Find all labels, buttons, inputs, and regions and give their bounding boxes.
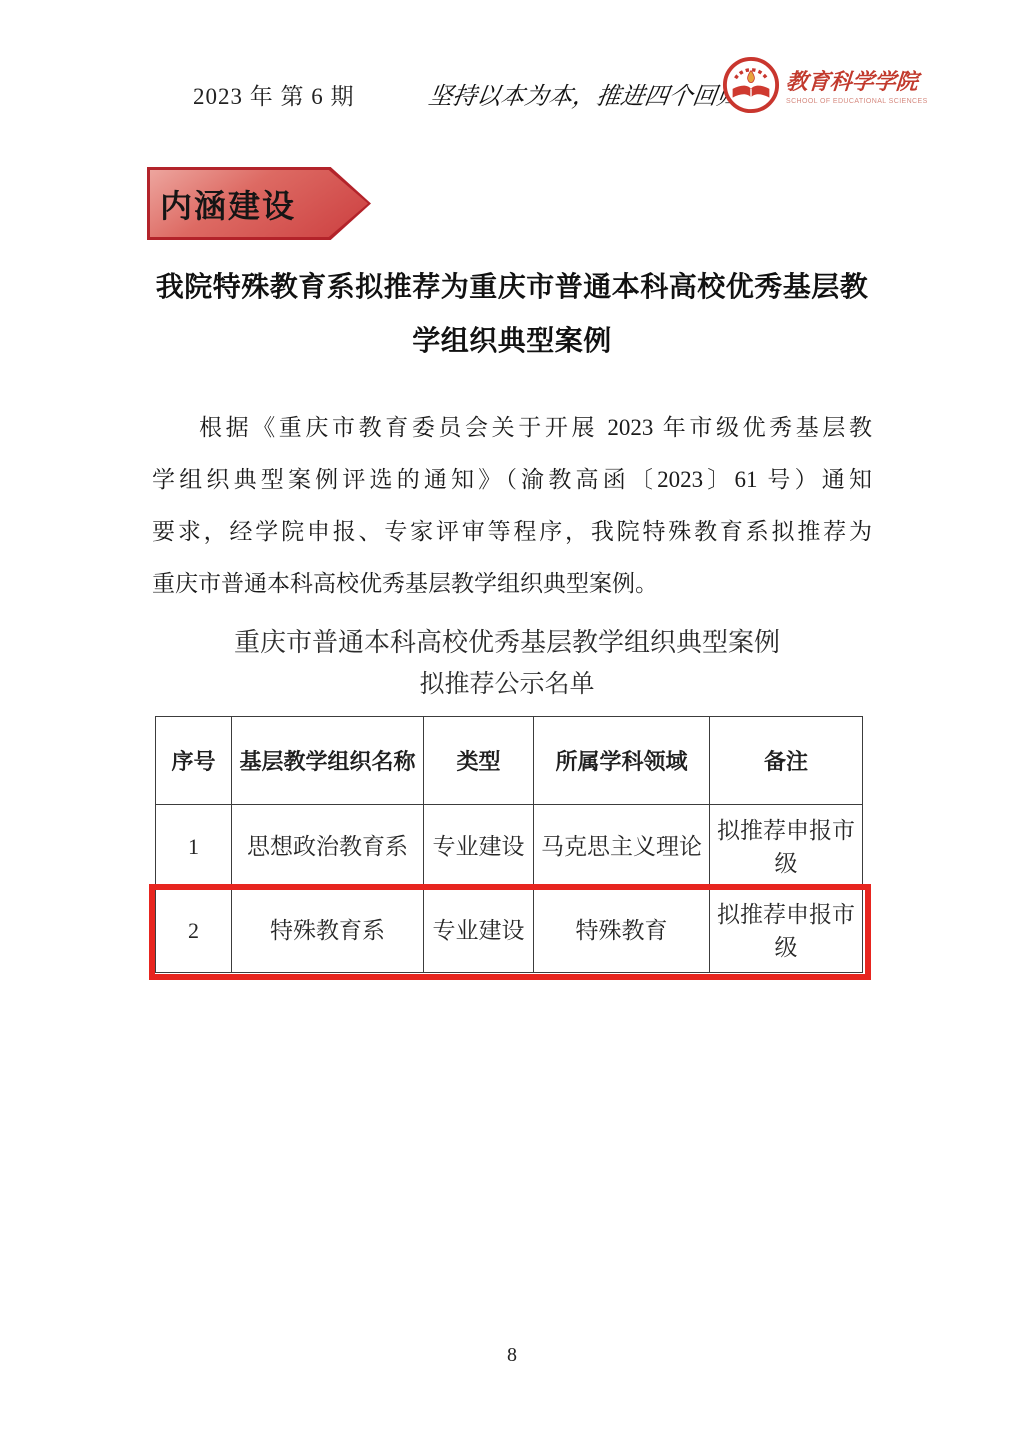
column-header-name: 基层教学组织名称 — [232, 717, 424, 805]
cell-name: 思想政治教育系 — [232, 805, 424, 889]
column-header-no: 序号 — [156, 717, 232, 805]
section-banner-label: 内涵建设 — [150, 181, 296, 227]
cell-field: 马克思主义理论 — [534, 805, 710, 889]
cell-no: 2 — [156, 889, 232, 973]
table-caption-line1: 重庆市普通本科高校优秀基层教学组织典型案例 — [152, 621, 862, 663]
section-banner: 内涵建设 — [147, 167, 371, 240]
cell-type: 专业建设 — [424, 805, 534, 889]
table-row-highlighted: 2 特殊教育系 专业建设 特殊教育 拟推荐申报市级 — [156, 889, 863, 973]
cell-type: 专业建设 — [424, 889, 534, 973]
issue-number: 2023 年 第 6 期 — [193, 78, 355, 111]
document-page: 2023 年 第 6 期 坚持以本为本，推进四个回归 教育科学学院 SCHOOL… — [0, 0, 1024, 1448]
school-emblem-icon — [722, 56, 780, 114]
column-header-remark: 备注 — [710, 717, 863, 805]
cell-remark: 拟推荐申报市级 — [710, 805, 863, 889]
cell-remark: 拟推荐申报市级 — [710, 889, 863, 973]
body-line: 重庆市普通本科高校优秀基层教学组织典型案例。 — [152, 558, 872, 610]
article-body: 根据《重庆市教育委员会关于开展 2023 年市级优秀基层教 学组织典型案例评选的… — [152, 402, 872, 610]
school-name-cn: 教育科学学院 — [785, 65, 929, 96]
table-caption: 重庆市普通本科高校优秀基层教学组织典型案例 拟推荐公示名单 — [152, 621, 862, 705]
cell-no: 1 — [156, 805, 232, 889]
cell-name: 特殊教育系 — [232, 889, 424, 973]
recommendation-table: 序号 基层教学组织名称 类型 所属学科领域 备注 1 思想政治教育系 专业建设 … — [155, 716, 863, 973]
page-number: 8 — [0, 1344, 1024, 1367]
article-title-line2: 学组织典型案例 — [412, 326, 612, 357]
article-title: 我院特殊教育系拟推荐为重庆市普通本科高校优秀基层教 学组织典型案例 — [152, 261, 872, 369]
table-caption-line2: 拟推荐公示名单 — [152, 663, 862, 705]
section-banner-body: 内涵建设 — [150, 170, 368, 237]
header-slogan-text: 坚持以本为本，推进四个回归 — [427, 76, 744, 111]
header-slogan: 坚持以本为本，推进四个回归 — [429, 76, 741, 111]
table-row: 1 思想政治教育系 专业建设 马克思主义理论 拟推荐申报市级 — [156, 805, 863, 889]
body-line: 学组织典型案例评选的通知》（渝教高函〔2023〕61 号）通知 — [152, 454, 872, 506]
body-line: 要求，经学院申报、专家评审等程序，我院特殊教育系拟推荐为 — [152, 506, 872, 558]
table-header-row: 序号 基层教学组织名称 类型 所属学科领域 备注 — [156, 717, 863, 805]
column-header-type: 类型 — [424, 717, 534, 805]
body-line: 根据《重庆市教育委员会关于开展 2023 年市级优秀基层教 — [152, 402, 872, 454]
cell-field: 特殊教育 — [534, 889, 710, 973]
school-logo: 教育科学学院 SCHOOL OF EDUCATIONAL SCIENCES — [722, 56, 928, 114]
article-title-line1: 我院特殊教育系拟推荐为重庆市普通本科高校优秀基层教 — [156, 272, 869, 303]
school-logo-text: 教育科学学院 SCHOOL OF EDUCATIONAL SCIENCES — [786, 65, 928, 105]
school-name-en: SCHOOL OF EDUCATIONAL SCIENCES — [786, 98, 928, 105]
column-header-field: 所属学科领域 — [534, 717, 710, 805]
